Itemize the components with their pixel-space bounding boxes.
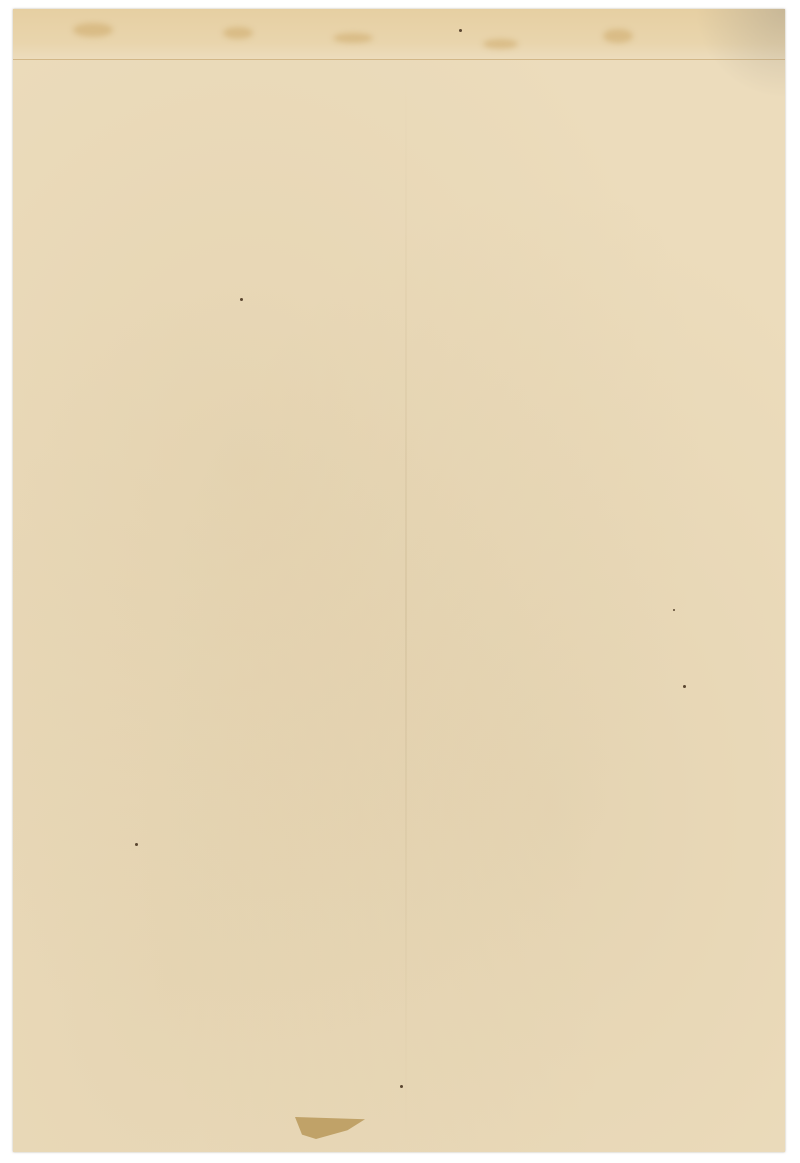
bottom-stain (295, 1117, 365, 1139)
tape-stain (223, 27, 253, 39)
speck (459, 29, 462, 32)
speck (240, 298, 243, 301)
blank-paper-sheet (13, 9, 785, 1152)
speck (135, 843, 138, 846)
tape-stain (603, 29, 633, 43)
fold-line (405, 69, 407, 1149)
speck (683, 685, 686, 688)
tape-stain (73, 23, 113, 37)
corner-wear (695, 9, 785, 99)
speck (400, 1085, 403, 1088)
speck (673, 609, 675, 611)
tape-residue-band (13, 9, 785, 60)
tape-stain (333, 33, 373, 43)
tape-stain (483, 39, 518, 49)
